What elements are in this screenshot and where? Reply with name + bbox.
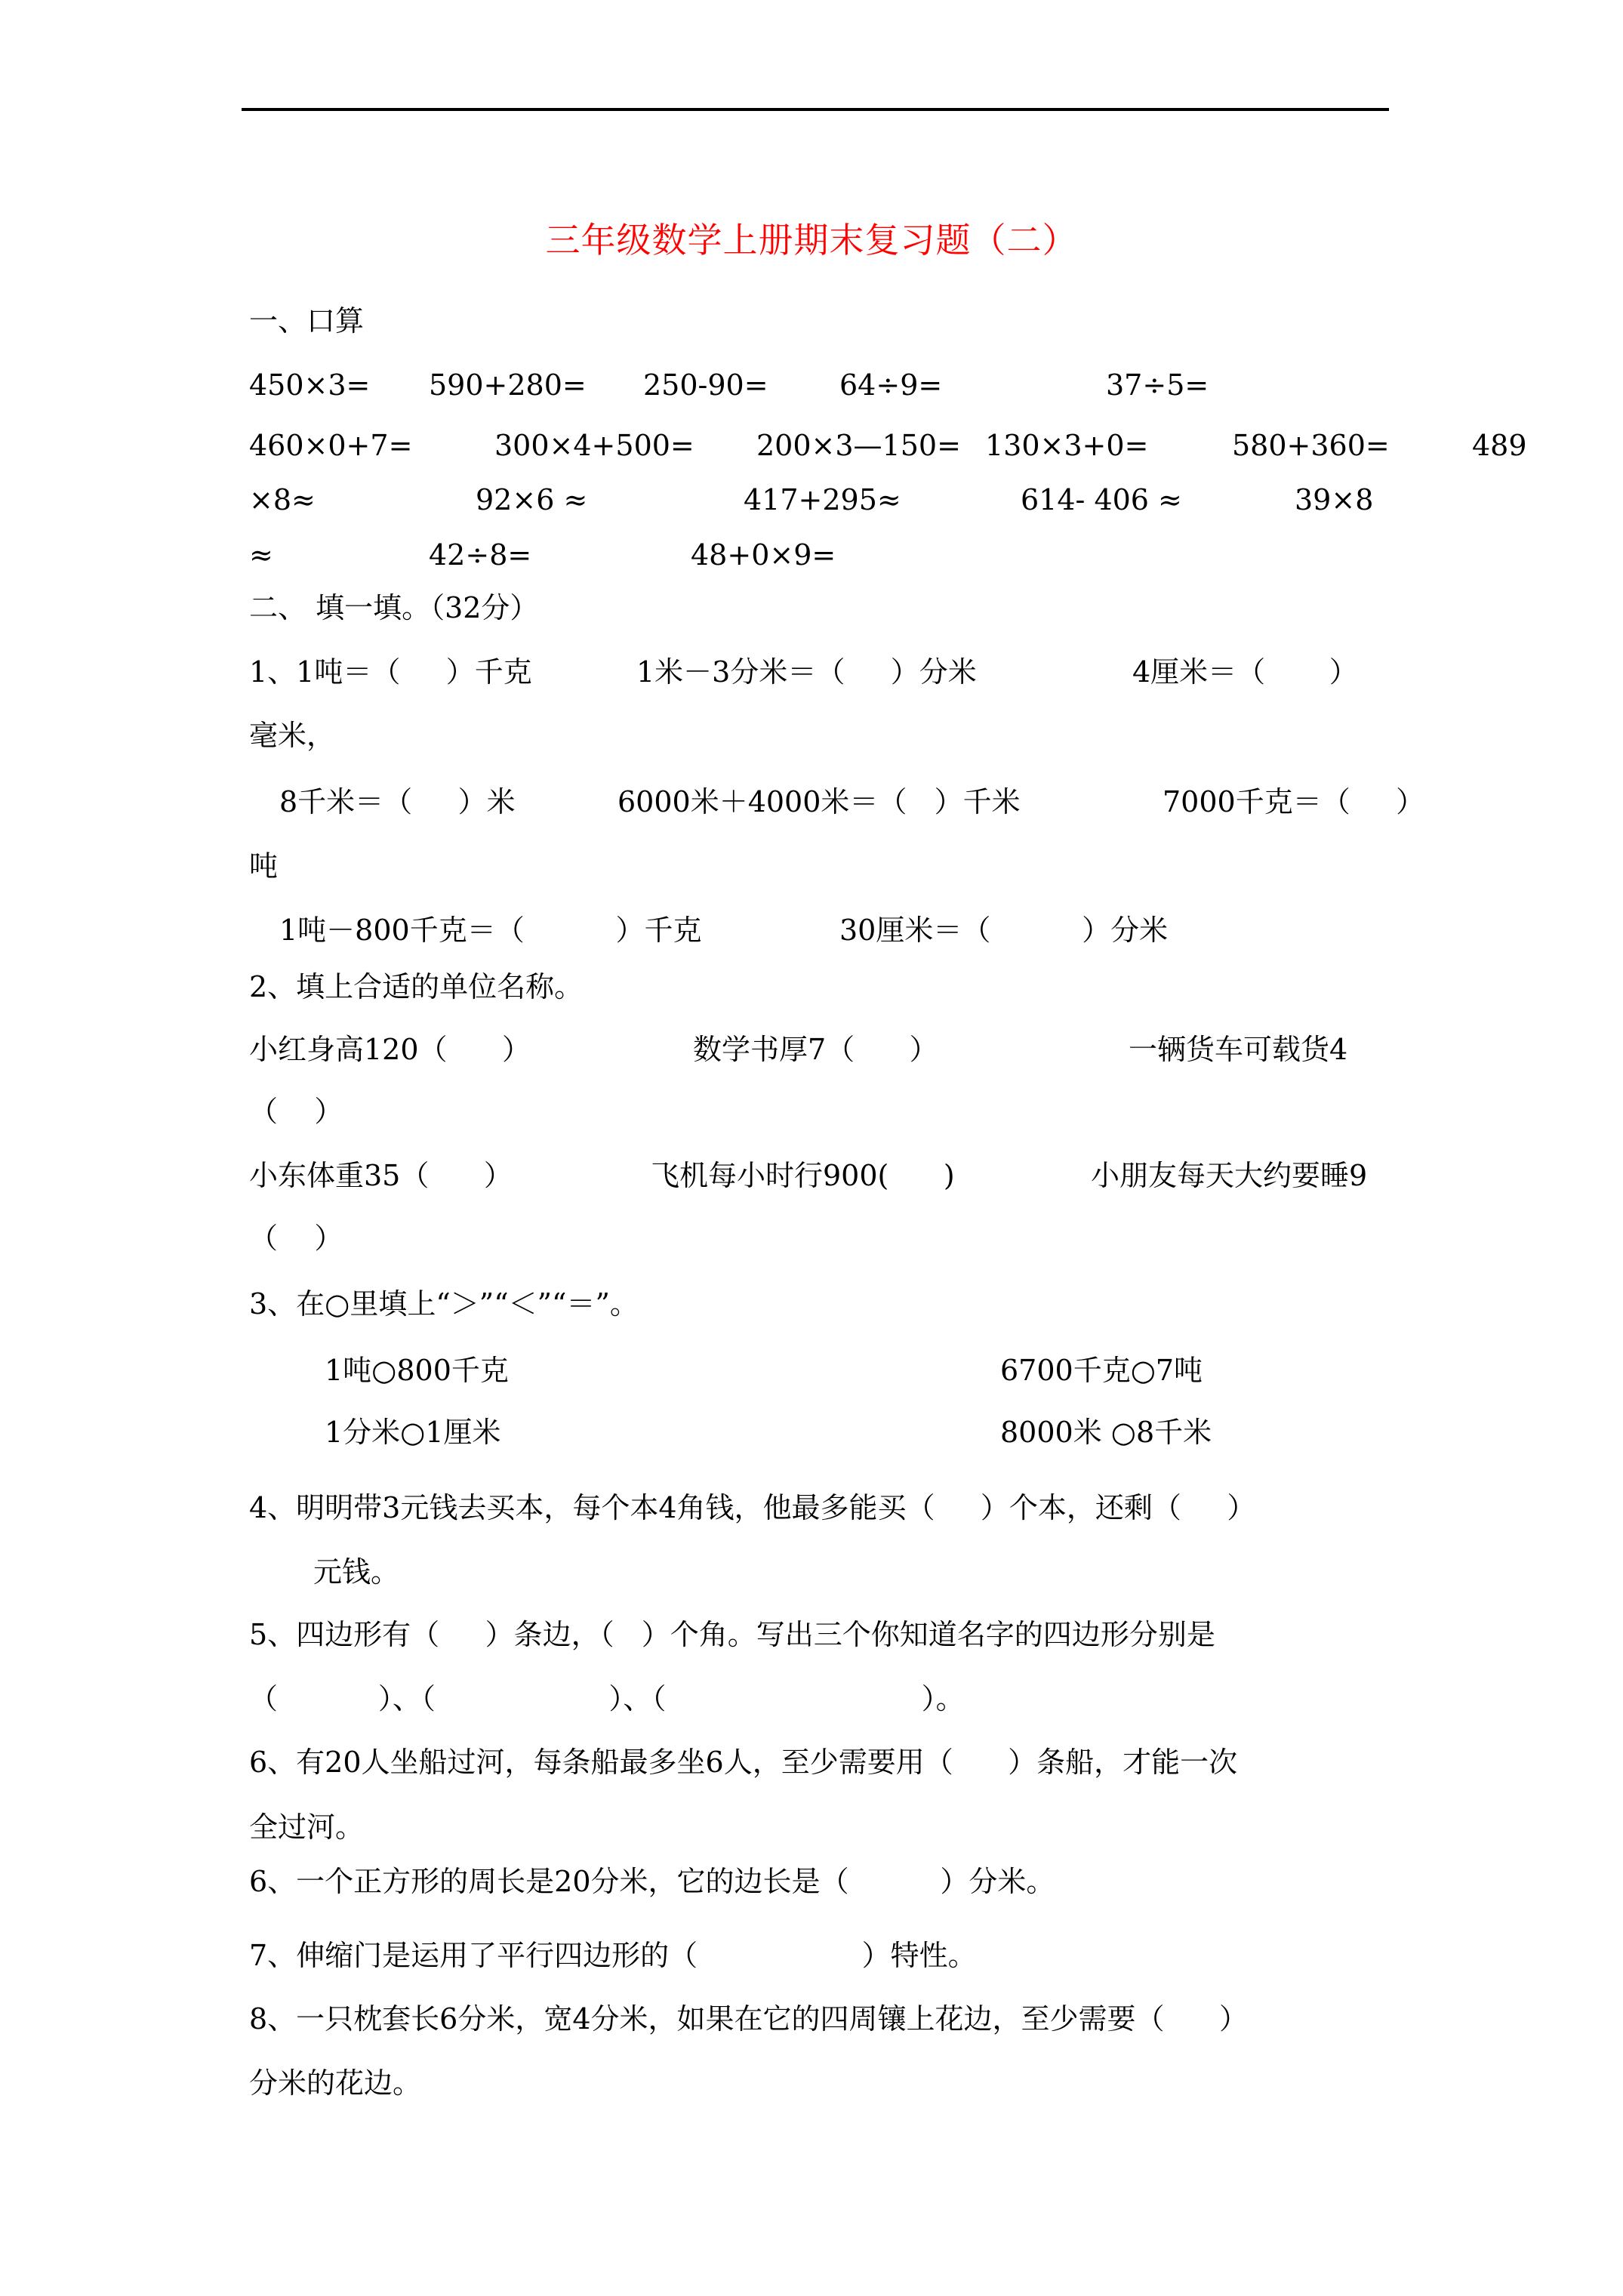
calc-item: 580+360= [1232, 429, 1390, 462]
calc-item: ≈ [249, 538, 273, 572]
q2-part: 一辆货车可载货4 [1129, 1033, 1347, 1066]
q2-cont: （ ） [249, 1095, 343, 1128]
calc-item: 42÷8= [429, 538, 531, 572]
q2-part: 小东体重35（ ） [249, 1159, 513, 1192]
calc-item: 417+295≈ [744, 483, 901, 516]
q5-line2: （ ）、（ ）、（ ）。 [249, 1682, 965, 1715]
q3-item: 1分米○1厘米 [325, 1416, 501, 1449]
q3-item: 8000米 ○8千米 [1000, 1416, 1212, 1449]
q3-heading: 3、在○里填上“＞”“＜”“＝”。 [249, 1287, 639, 1321]
calc-item: 300×4+500= [494, 429, 694, 462]
q1-part: 4厘米＝（ ） [1132, 655, 1358, 689]
q5-line1: 5、四边形有（ ）条边，（ ）个角。写出三个你知道名字的四边形分别是 [249, 1618, 1215, 1651]
section2-heading: 二、 填一填。（32分） [249, 591, 538, 624]
calc-item: 460×0+7= [249, 429, 412, 462]
q1-part: 8千米＝（ ）米 [279, 785, 516, 818]
calc-item: ×8≈ [249, 483, 316, 516]
q1-part: 1、1吨＝（ ）千克 [249, 655, 532, 689]
page-title: 三年级数学上册期末复习题（二） [0, 213, 1623, 263]
q8-line2: 分米的花边。 [249, 2066, 421, 2100]
calc-item: 48+0×9= [691, 538, 836, 572]
calc-item: 200×3—150= [756, 429, 961, 462]
q1-cont: 毫米， [249, 719, 335, 752]
q2-part: 小红身高120（ ） [249, 1033, 531, 1066]
q2-heading: 2、填上合适的单位名称。 [249, 970, 583, 1003]
q2-part: 数学书厚7（ ） [693, 1033, 938, 1066]
q2-part: 飞机每小时行900( ) [651, 1159, 955, 1192]
q4-line2: 元钱。 [313, 1555, 399, 1589]
q1-part: 1米－3分米＝（ ）分米 [636, 655, 977, 689]
q6a-line1: 6、有20人坐船过河，每条船最多坐6人，至少需要用（ ）条船，才能一次 [249, 1746, 1237, 1779]
calc-item: 130×3+0= [985, 429, 1148, 462]
q3-item: 1吨○800千克 [325, 1354, 509, 1387]
calc-item: 92×6 ≈ [476, 483, 587, 516]
q1-part: 1吨－800千克＝（ ）千克 [279, 914, 702, 947]
calc-item: 489 [1472, 429, 1527, 462]
calc-item: 39×8 [1295, 483, 1373, 516]
q2-part: 小朋友每天大约要睡9 [1091, 1159, 1367, 1192]
calc-item: 590+280= [429, 368, 587, 402]
calc-item: 37÷5= [1106, 368, 1209, 402]
calc-item: 250-90= [643, 368, 768, 402]
q7-line1: 7、伸缩门是运用了平行四边形的（ ）特性。 [249, 1939, 977, 1972]
q8-line1: 8、一只枕套长6分米，宽4分米，如果在它的四周镶上花边，至少需要（ ） [249, 2002, 1248, 2036]
q1-part: 7000千克＝（ ） [1163, 785, 1424, 818]
calc-item: 450×3= [249, 368, 370, 402]
q1-part: 30厘米＝（ ）分米 [839, 914, 1168, 947]
header-rule [242, 108, 1389, 111]
q4-line1: 4、明明带3元钱去买本，每个本4角钱，他最多能买（ ）个本，还剩（ ） [249, 1491, 1255, 1524]
q2-cont: （ ） [249, 1222, 343, 1255]
q6b-line1: 6、一个正方形的周长是20分米，它的边长是（ ）分米。 [249, 1865, 1055, 1898]
q1-part: 6000米＋4000米＝（ ）千米 [617, 785, 1021, 818]
q6a-line2: 全过河。 [249, 1811, 364, 1844]
q3-item: 6700千克○7吨 [1000, 1354, 1203, 1387]
q1-cont: 吨 [249, 849, 278, 883]
section1-heading: 一、口算 [249, 304, 364, 337]
calc-item: 64÷9= [839, 368, 942, 402]
calc-item: 614- 406 ≈ [1021, 483, 1182, 516]
